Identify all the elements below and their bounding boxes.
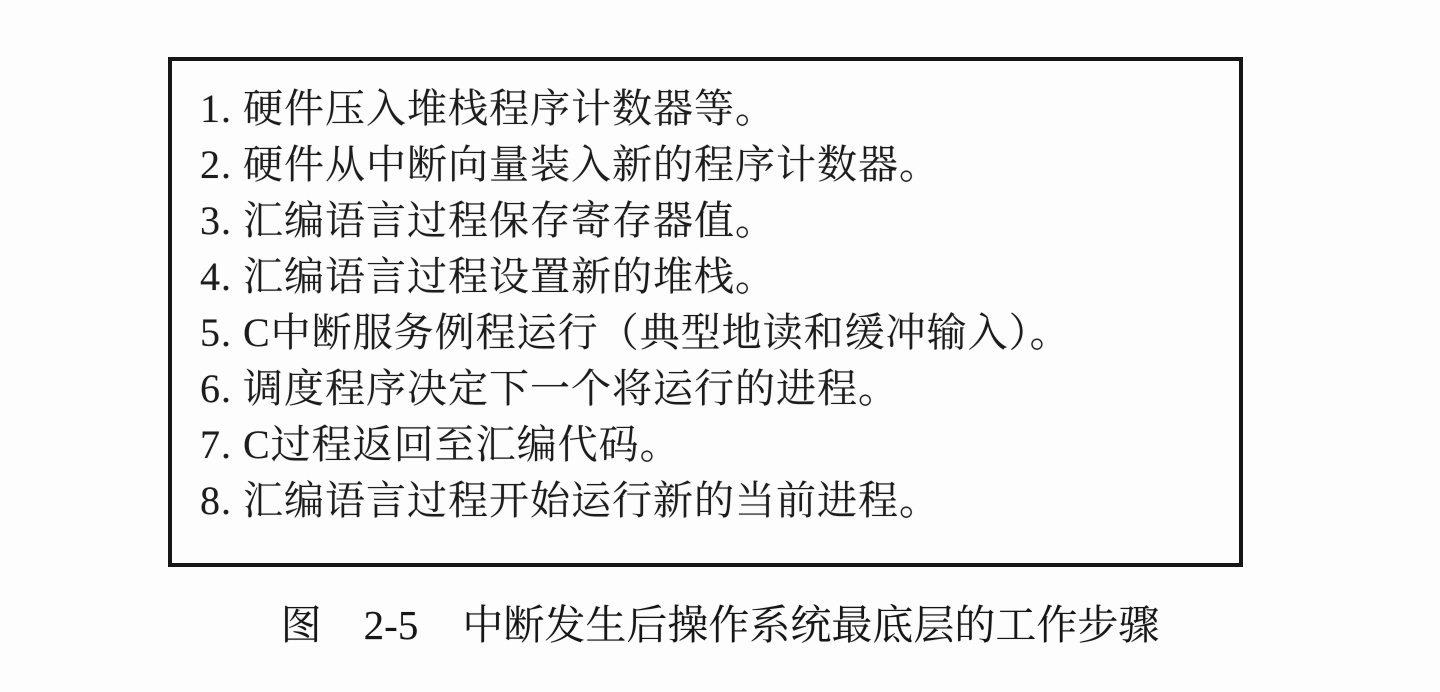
figure-caption-number: 2-5 bbox=[364, 600, 419, 650]
scanned-figure-page: 1. 硬件压入堆栈程序计数器等。 2. 硬件从中断向量装入新的程序计数器。 3.… bbox=[0, 0, 1440, 692]
step-line-6: 6. 调度程序决定下一个将运行的进程。 bbox=[200, 361, 1229, 417]
step-line-4: 4. 汇编语言过程设置新的堆栈。 bbox=[200, 249, 1229, 305]
figure-caption-text: 中断发生后操作系统最底层的工作步骤 bbox=[462, 600, 1159, 650]
step-line-1: 1. 硬件压入堆栈程序计数器等。 bbox=[200, 81, 1229, 137]
step-line-3: 3. 汇编语言过程保存寄存器值。 bbox=[200, 193, 1229, 249]
step-line-8: 8. 汇编语言过程开始运行新的当前进程。 bbox=[200, 473, 1229, 529]
figure-caption: 图 2-5 中断发生后操作系统最底层的工作步骤 bbox=[0, 600, 1440, 650]
figure-caption-label: 图 bbox=[281, 600, 322, 650]
step-line-2: 2. 硬件从中断向量装入新的程序计数器。 bbox=[200, 137, 1229, 193]
step-line-7: 7. C过程返回至汇编代码。 bbox=[200, 417, 1229, 473]
step-line-5: 5. C中断服务例程运行（典型地读和缓冲输入）。 bbox=[200, 305, 1229, 361]
interrupt-steps-box: 1. 硬件压入堆栈程序计数器等。 2. 硬件从中断向量装入新的程序计数器。 3.… bbox=[168, 57, 1243, 567]
